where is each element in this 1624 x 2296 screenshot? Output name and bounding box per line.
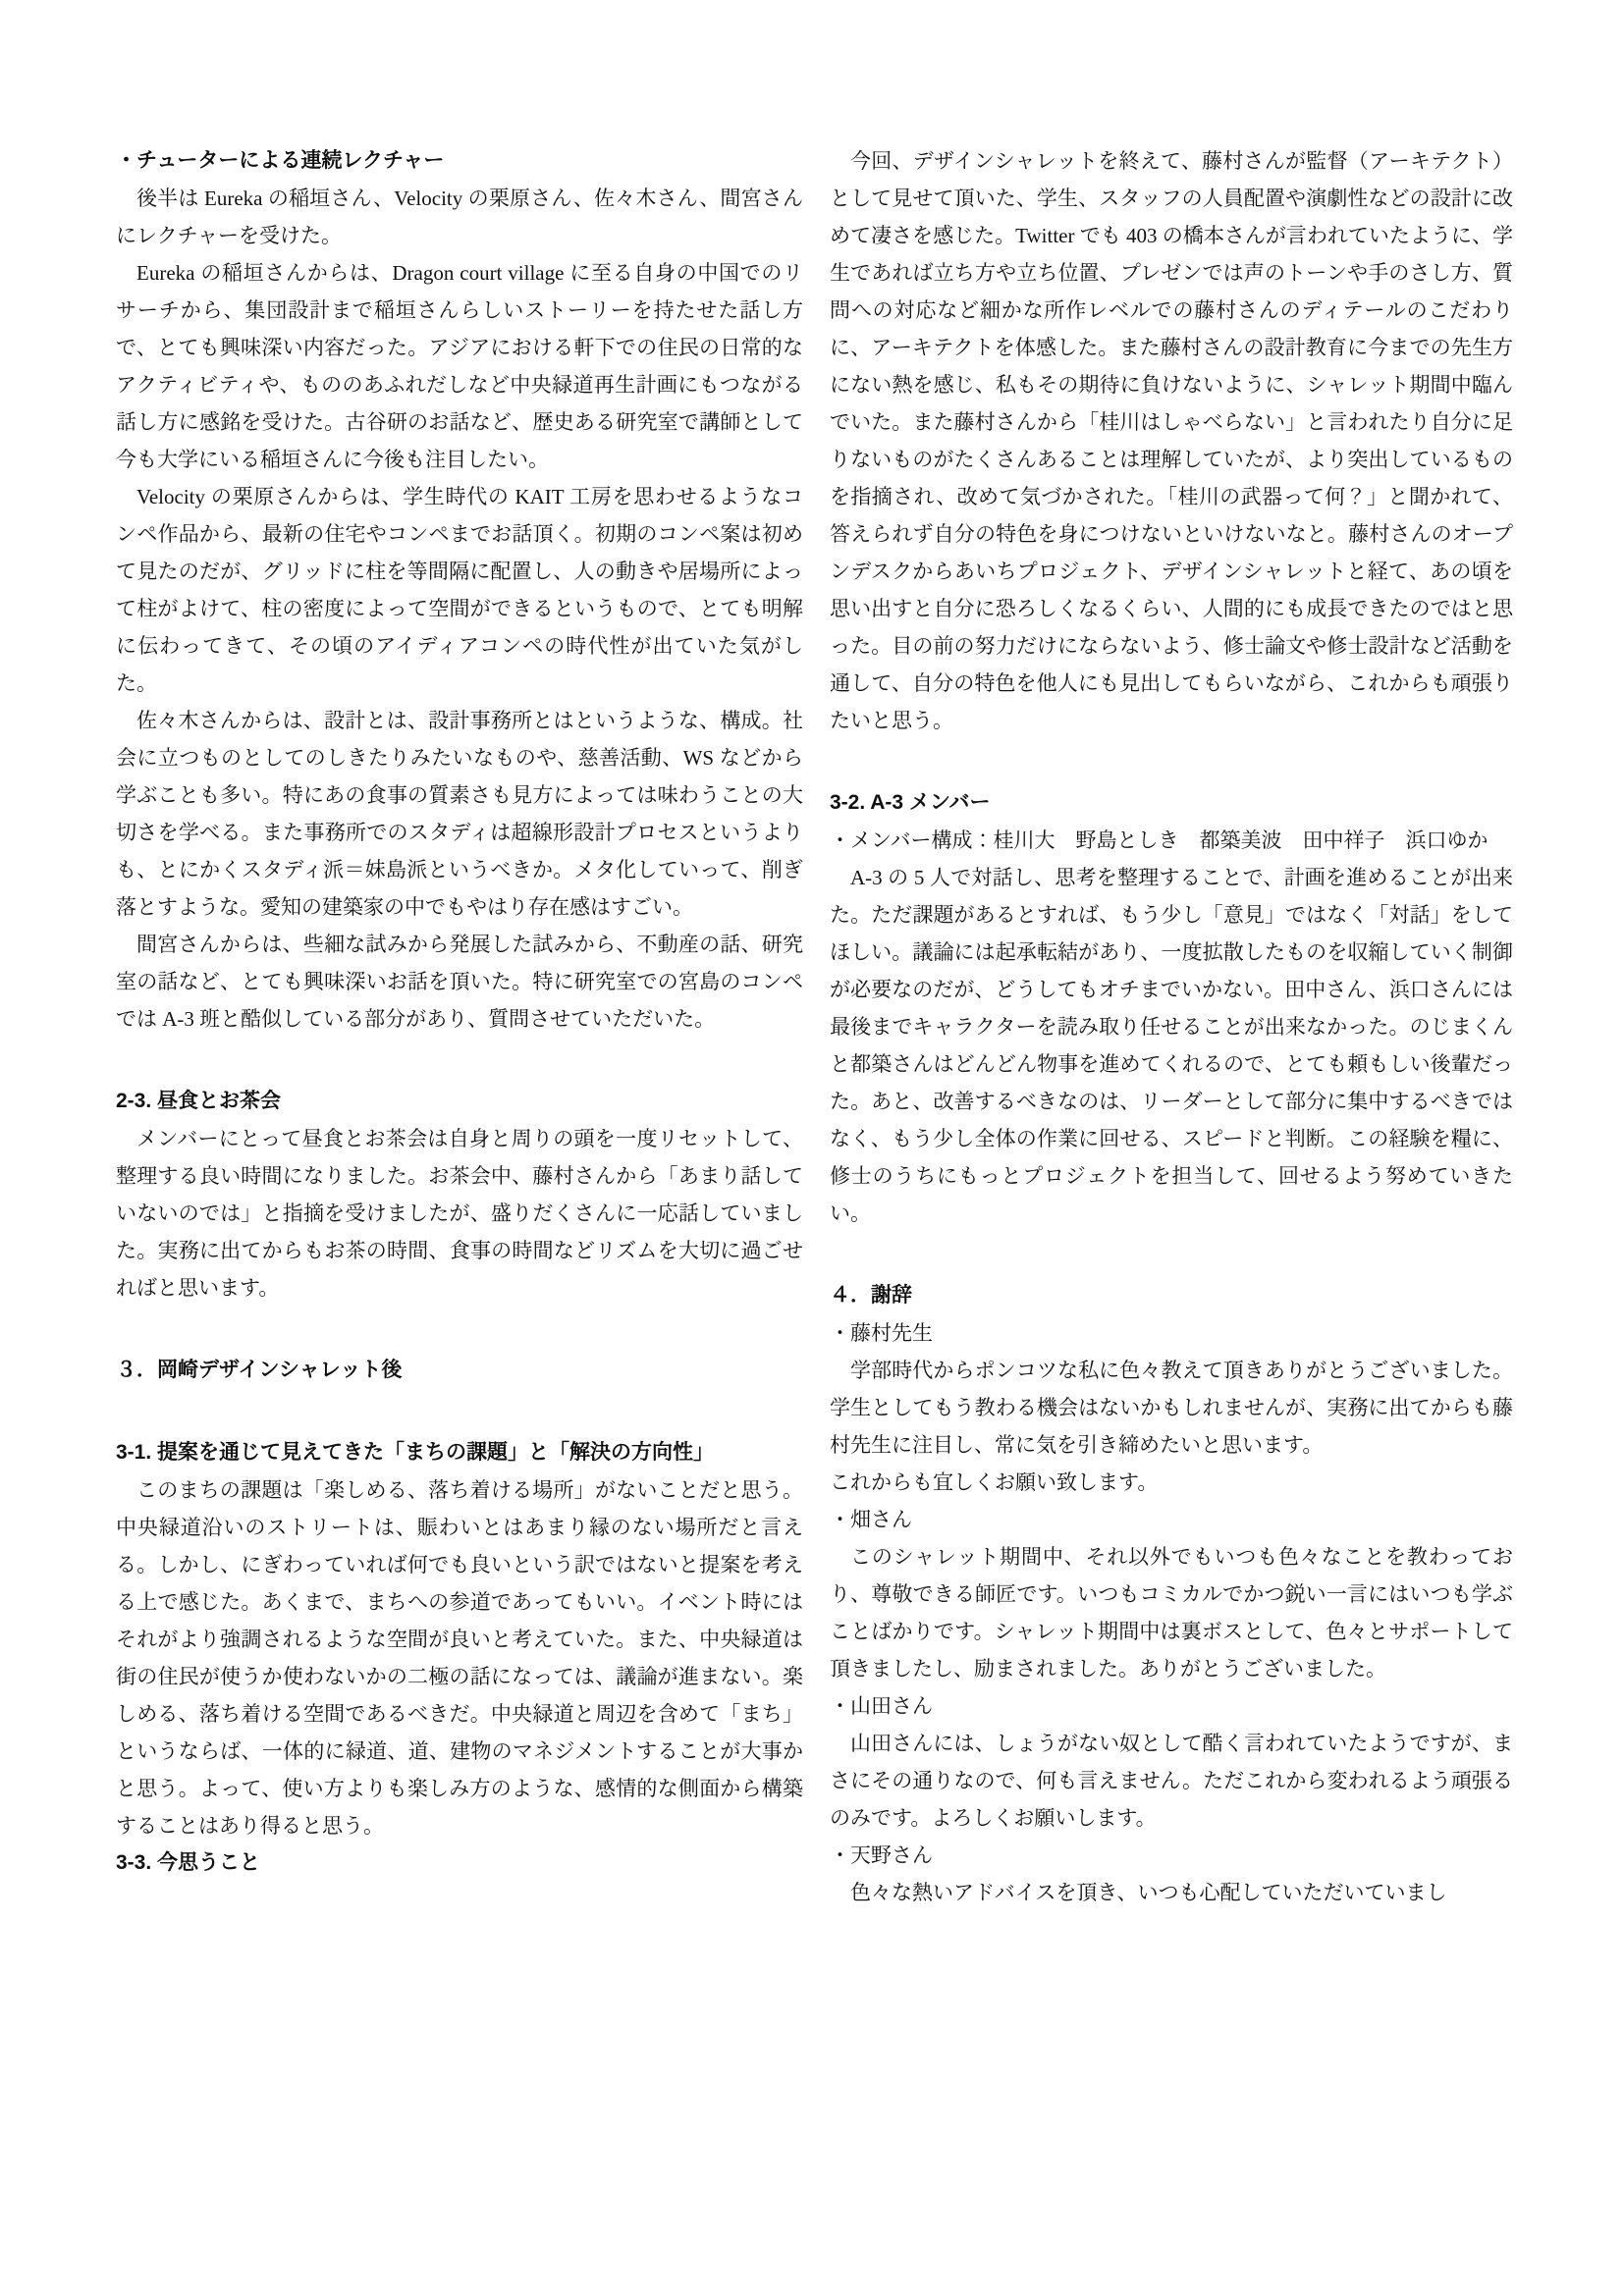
column-left: ・チューターによる連続レクチャー後半は Eureka の稲垣さん、Velocit…	[116, 142, 803, 1882]
section-heading: 3-2. A-3 メンバー	[830, 784, 1513, 822]
text-line: ・山田さん	[830, 1687, 1513, 1725]
paragraph: A-3 の 5 人で対話し、思考を整理することで、計画を進めることが出来た。ただ…	[830, 859, 1513, 1232]
paragraph: 後半は Eureka の稲垣さん、Velocity の栗原さん、佐々木さん、間宮…	[116, 180, 803, 254]
paragraph: メンバーにとって昼食とお茶会は自身と周りの頭を一度リセットして、整理する良い時間…	[116, 1120, 803, 1307]
text-line: ・藤村先生	[830, 1314, 1513, 1352]
paragraph: このシャレット期間中、それ以外でもいつも色々なことを教わっており、尊敬できる師匠…	[830, 1538, 1513, 1687]
section-heading: 3-3. 今思うこと	[116, 1844, 803, 1882]
paragraph: このまちの課題は「楽しめる、落ち着ける場所」がないことだと思う。中央緑道沿いのス…	[116, 1471, 803, 1844]
paragraph: 今回、デザインシャレットを終えて、藤村さんが監督（アーキテクト）として見せて頂い…	[830, 142, 1513, 739]
text-line: これからも宜しくお願い致します。	[830, 1464, 1513, 1501]
section-heading: ・チューターによる連続レクチャー	[116, 142, 803, 180]
text-line: ・畑さん	[830, 1501, 1513, 1538]
paragraph: 間宮さんからは、些細な試みから発展した試みから、不動産の話、研究室の話など、とて…	[116, 926, 803, 1038]
paragraph: 山田さんには、しょうがない奴として酷く言われていたようですが、まさにその通りなの…	[830, 1725, 1513, 1837]
text-line: ・天野さん	[830, 1837, 1513, 1874]
paragraph: 学部時代からポンコツな私に色々教えて頂きありがとうございました。学生としてもう教…	[830, 1352, 1513, 1464]
column-right: 今回、デザインシャレットを終えて、藤村さんが監督（アーキテクト）として見せて頂い…	[830, 142, 1513, 1911]
section-heading: 2-3. 昼食とお茶会	[116, 1083, 803, 1120]
section-heading: ３．岡崎デザインシャレット後	[116, 1352, 803, 1389]
text-line: ・メンバー構成：桂川大 野島としき 都築美波 田中祥子 浜口ゆか	[830, 822, 1513, 859]
paragraph: 色々な熱いアドバイスを頂き、いつも心配していただいていまし	[830, 1874, 1513, 1911]
paragraph: Velocity の栗原さんからは、学生時代の KAIT 工房を思わせるようなコ…	[116, 478, 803, 702]
paragraph: 佐々木さんからは、設計とは、設計事務所とはというような、構成。社会に立つものとし…	[116, 702, 803, 926]
section-heading: ４．謝辞	[830, 1277, 1513, 1314]
document-page: ・チューターによる連続レクチャー後半は Eureka の稲垣さん、Velocit…	[0, 0, 1624, 2296]
paragraph: Eureka の稲垣さんからは、Dragon court village に至る…	[116, 254, 803, 478]
section-heading: 3-1. 提案を通じて見えてきた「まちの課題」と「解決の方向性」	[116, 1434, 803, 1471]
